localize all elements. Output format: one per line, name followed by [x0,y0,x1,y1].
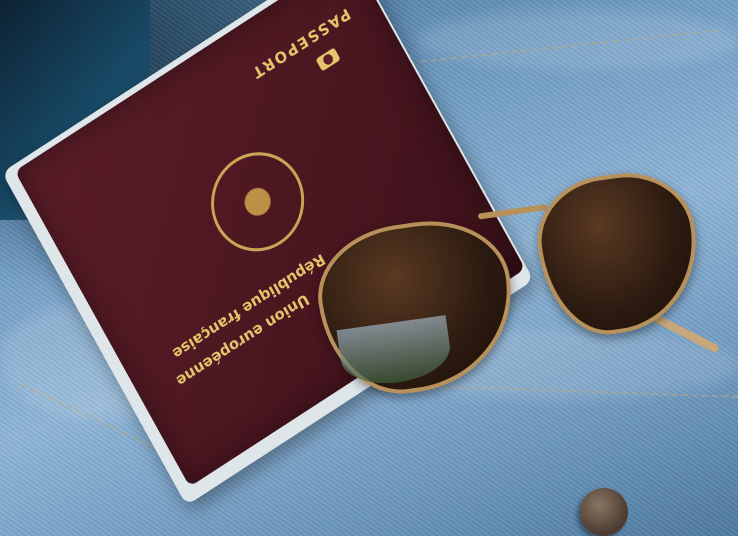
biometric-chip-icon [316,47,341,71]
jacket-button-icon [580,488,628,536]
photo-scene: PASSEPORT République française Union eur… [0,0,738,536]
passport-title: PASSEPORT [248,5,353,84]
left-lens [309,210,524,403]
denim-fold [420,10,738,70]
right-lens [529,164,707,342]
sunglasses-bridge [478,204,548,220]
